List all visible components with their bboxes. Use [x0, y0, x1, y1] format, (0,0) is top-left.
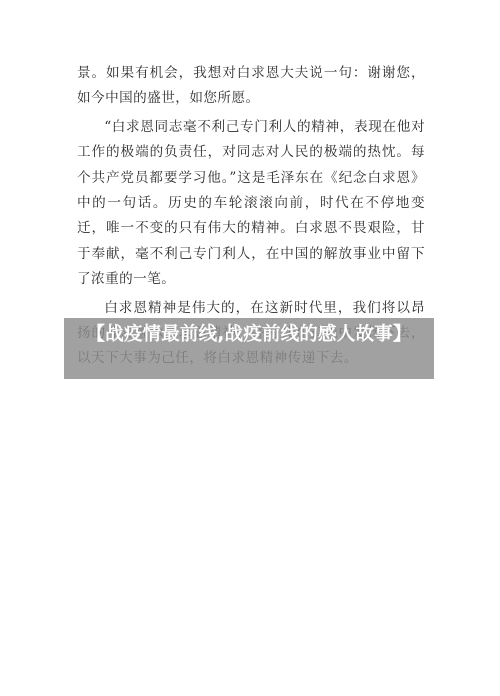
title-overlay-banner: 【战疫情最前线,战疫前线的感人故事】	[64, 318, 434, 379]
paragraph-mao-quote: “白求恩同志毫不利己专门利人的精神，表现在他对工作的极端的负责任，对同志对人民的…	[77, 115, 425, 293]
document-page: 景。如果有机会，我想对白求恩大夫说一句：谢谢您，如今中国的盛世，如您所愿。 “白…	[0, 0, 500, 696]
banner-title: 【战疫情最前线,战疫前线的感人故事】	[69, 322, 429, 347]
paragraph-closing-thanks: 景。如果有机会，我想对白求恩大夫说一句：谢谢您，如今中国的盛世，如您所愿。	[77, 61, 425, 112]
